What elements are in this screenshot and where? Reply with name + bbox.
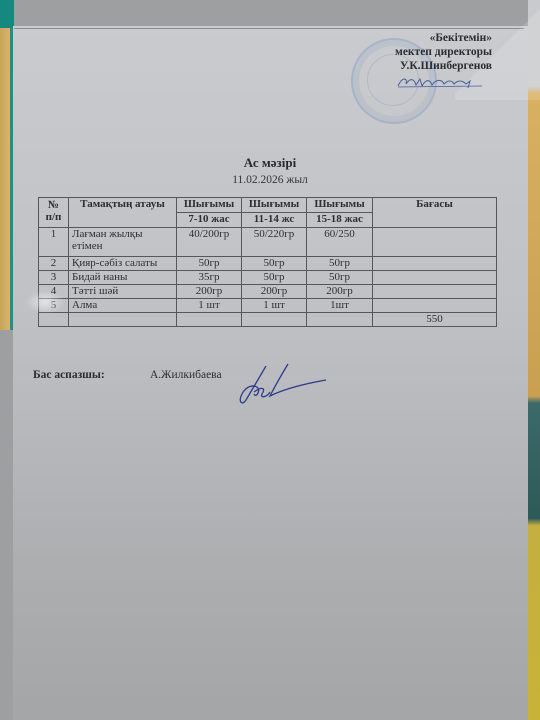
menu-table: № п/п Тамақтың атауы Шығымы Шығымы Шығым… <box>38 197 497 327</box>
head-cook-label: Бас аспазшы: <box>33 369 105 381</box>
approval-director-name: У.К.Шинбергенов <box>395 59 492 73</box>
approval-position: мектеп директоры <box>395 45 492 59</box>
portion-15-18: 50гр <box>307 257 373 271</box>
empty-cell <box>39 313 69 327</box>
age-group-3: 15-18 жас <box>307 213 373 228</box>
row-number: 2 <box>39 257 69 271</box>
folder-tab-teal <box>0 0 14 28</box>
page-title: Ас мәзірі <box>0 155 540 171</box>
total-price: 550 <box>373 313 497 327</box>
portion-15-18: 1шт <box>307 299 373 313</box>
empty-cell <box>242 313 307 327</box>
portion-11-14: 50/220гр <box>242 228 307 257</box>
dish-name: Қияр-сәбіз салаты <box>69 257 177 271</box>
empty-cell <box>177 313 242 327</box>
portion-11-14: 200гр <box>242 285 307 299</box>
director-signature <box>396 75 484 89</box>
table-row: 5 Алма 1 шт 1 шт 1шт <box>39 299 497 313</box>
light-glare <box>25 290 65 314</box>
head-cook-name: А.Жилкибаева <box>150 369 222 381</box>
price-cell <box>373 228 497 257</box>
head-cook-signature <box>232 362 328 408</box>
price-cell <box>373 299 497 313</box>
age-group-1: 7-10 жас <box>177 213 242 228</box>
header-price: Бағасы <box>373 198 497 228</box>
table-row-total: 550 <box>39 313 497 327</box>
price-cell <box>373 285 497 299</box>
table-row: 2 Қияр-сәбіз салаты 50гр 50гр 50гр <box>39 257 497 271</box>
portion-15-18: 50гр <box>307 271 373 285</box>
header-portion-3: Шығымы <box>307 198 373 213</box>
portion-7-10: 1 шт <box>177 299 242 313</box>
portion-7-10: 40/200гр <box>177 228 242 257</box>
portion-11-14: 1 шт <box>242 299 307 313</box>
portion-7-10: 35гр <box>177 271 242 285</box>
price-cell <box>373 257 497 271</box>
table-row: 3 Бидай наны 35гр 50гр 50гр <box>39 271 497 285</box>
portion-15-18: 200гр <box>307 285 373 299</box>
folder-edge-right <box>528 0 540 720</box>
approval-block: «Бекітемін» мектеп директоры У.К.Шинберг… <box>395 31 492 73</box>
portion-15-18: 60/250 <box>307 228 373 257</box>
row-number: 1 <box>39 228 69 257</box>
dish-name: Алма <box>69 299 177 313</box>
header-number: № п/п <box>39 198 69 228</box>
header-portion-1: Шығымы <box>177 198 242 213</box>
portion-11-14: 50гр <box>242 257 307 271</box>
approval-heading: «Бекітемін» <box>395 31 492 45</box>
empty-cell <box>69 313 177 327</box>
paper-edge-line <box>14 28 524 29</box>
dish-name: Лағман жылқы етімен <box>69 228 177 257</box>
document-date: 11.02.2026 жыл <box>0 174 540 186</box>
portion-7-10: 200гр <box>177 285 242 299</box>
header-dish-name: Тамақтың атауы <box>69 198 177 228</box>
table-row: 4 Тәтті шәй 200гр 200гр 200гр <box>39 285 497 299</box>
portion-7-10: 50гр <box>177 257 242 271</box>
header-portion-2: Шығымы <box>242 198 307 213</box>
age-group-2: 11-14 жс <box>242 213 307 228</box>
dish-name: Бидай наны <box>69 271 177 285</box>
price-cell <box>373 271 497 285</box>
portion-11-14: 50гр <box>242 271 307 285</box>
table-row: 1 Лағман жылқы етімен 40/200гр 50/220гр … <box>39 228 497 257</box>
row-number: 3 <box>39 271 69 285</box>
empty-cell <box>307 313 373 327</box>
dish-name: Тәтті шәй <box>69 285 177 299</box>
